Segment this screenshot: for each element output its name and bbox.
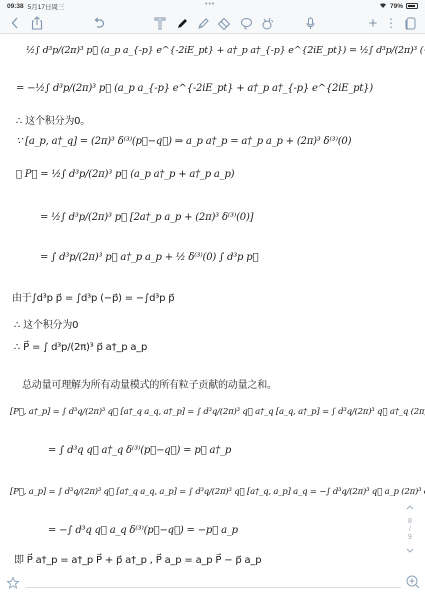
page-separator: / [409,526,411,534]
shapes-icon [261,17,274,30]
battery-percent: 79% [390,3,403,10]
text-T-icon [154,17,166,30]
handwritten-line: ∵ [a_p, a†_q] = (2π)³ δ⁽³⁾(p⃗−q⃗) ⇒ a_p … [16,136,351,147]
handwritten-line: ∴ P⃗ = ½∫ d³p/(2π)³ p⃗ (a_p a†_p + a†_p … [16,169,234,180]
handwritten-line: = −∫ d³q q⃗ a_q δ⁽³⁾(p⃗−q⃗) = −p⃗ a_p [48,525,238,536]
lasso-icon [240,17,253,30]
microphone-icon [306,17,315,30]
note-page[interactable]: ½∫ d³p/(2π)³ p⃗ (a_p a_{-p} e^{-2iE_pt} … [0,35,425,570]
handwritten-line: 即 P⃗ a†_p = a†_p P⃗ + p⃗ a†_p , P⃗ a_p =… [14,551,261,566]
status-time: 09:38 [7,3,24,10]
add-button[interactable]: + [366,14,380,32]
handwritten-line: = ∫ d³q q⃗ a†_q δ⁽³⁾(p⃗−q⃗) = p⃗ a†_p [48,445,231,456]
eraser-tool[interactable] [216,14,232,32]
handwritten-line: [P⃗, a†_p] = ∫ d³q/(2π)³ q⃗ [a†_q a_q, a… [10,407,425,417]
wifi-icon [379,2,387,10]
more-vertical-icon: ⋮ [385,16,397,30]
pen-icon [176,17,189,30]
share-icon [31,16,43,30]
handwritten-line: [P⃗, a_p] = ∫ d³q/(2π)³ q⃗ [a†_q a_q, a_… [10,487,425,497]
pages-icon [405,17,416,30]
handwritten-line: 总动量可理解为所有动量模式的所有粒子贡献的动量之和。 [22,376,277,391]
text-tool[interactable] [152,14,168,32]
chevron-up-icon[interactable] [406,505,414,512]
zoom-in-icon [405,574,421,590]
pages-button[interactable] [403,14,417,32]
handwritten-line: ∴ P⃗ = ∫ d³p/(2π)³ p⃗ a†_p a_p [14,342,147,353]
status-date: 5月17日周三 [28,2,65,11]
page-navigator: 8 / 9 [403,505,417,555]
handwritten-line: = −½∫ d³p/(2π)³ p⃗ (a_p a_{-p} e^{-2iE_p… [16,83,373,94]
more-button[interactable]: ⋮ [386,14,396,32]
bottom-bar [0,570,425,600]
share-button[interactable] [29,14,45,32]
toolbar: + ⋮ [0,12,425,34]
zoom-button[interactable] [405,574,421,590]
plus-icon: + [369,15,378,32]
total-pages: 9 [408,534,412,542]
shapes-tool[interactable] [259,14,275,32]
status-bar: 09:38 5月17日周三 ••• 79% [0,0,425,12]
undo-icon [93,17,105,29]
lasso-tool[interactable] [238,14,254,32]
handwritten-line: = ∫ d³p/(2π)³ p⃗ a†_p a_p + ½ δ⁽³⁾(0) ∫ … [40,252,258,263]
handwritten-line: 由于∫d³p p⃗ = ∫d³p (−p⃗) = −∫d³p p⃗ [12,289,174,304]
multitask-dots[interactable]: ••• [205,1,215,8]
highlighter-tool[interactable] [195,14,211,32]
battery-icon [406,3,418,9]
chevron-left-icon [11,17,19,29]
handwritten-line: = ½∫ d³p/(2π)³ p⃗ [2a†_p a_p + (2π)³ δ⁽³… [40,212,253,223]
undo-button[interactable] [91,14,107,32]
chevron-down-icon[interactable] [406,548,414,555]
handwritten-line: ½∫ d³p/(2π)³ p⃗ (a_p a_{-p} e^{-2iE_pt} … [26,45,425,56]
microphone-button[interactable] [303,14,317,32]
star-icon [6,576,20,590]
favorite-button[interactable] [6,576,20,590]
current-page: 8 [408,518,412,526]
divider [26,587,401,588]
pen-tool[interactable] [174,14,190,32]
back-button[interactable] [8,14,22,32]
highlighter-icon [197,17,210,30]
handwritten-line: ∴ 这个积分为0。 [16,112,90,127]
handwritten-line: ∴ 这个积分为0 [14,316,78,331]
eraser-icon [217,17,231,30]
